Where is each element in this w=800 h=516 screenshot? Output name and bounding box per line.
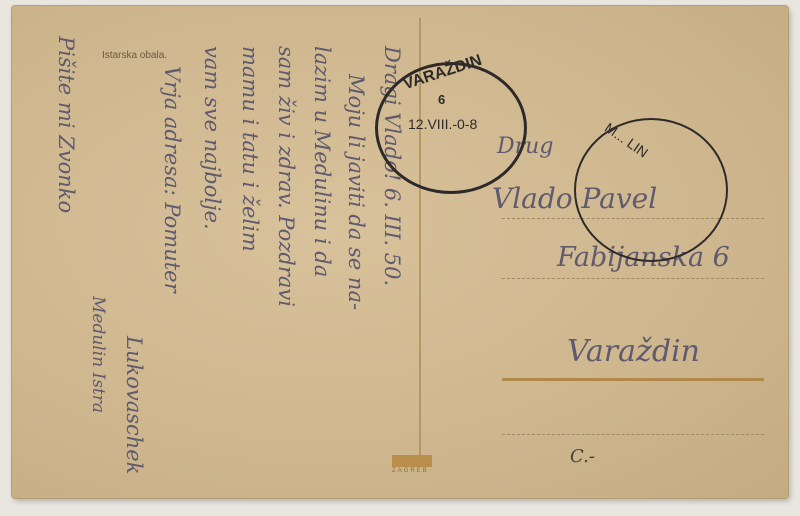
- postmark-medulin: [574, 118, 728, 262]
- address-rule-solid: [502, 378, 764, 381]
- message-line: Moju li javiti da se na-: [344, 74, 368, 310]
- message-line: lazim u Medulinu i da: [310, 46, 334, 277]
- postmark-date: 12.VIII.-0-8: [408, 116, 477, 132]
- address-rule: [502, 434, 764, 435]
- message-line: sam živ i zdrav. Pozdravi: [274, 46, 298, 307]
- address-line4: Varaždin: [567, 334, 700, 369]
- postcard: Istarska obala. Dragi Vlado! 6. III. 50.…: [12, 6, 788, 498]
- message-line: Pišite mi Zvonko: [54, 36, 78, 213]
- message-line: Lukovaschek: [122, 336, 146, 474]
- message-line: Medulin Istra: [88, 296, 108, 413]
- message-line: mamu i tatu i želim: [238, 46, 262, 252]
- postmark-sub: 6: [438, 92, 445, 107]
- address-rule: [502, 278, 764, 279]
- message-line: Vrja adresa: Pomuter: [160, 66, 184, 293]
- message-line: vam sve najbolje.: [200, 46, 224, 230]
- address-mark: C.-: [570, 446, 595, 467]
- publisher-logo: [392, 455, 432, 467]
- printed-caption: Istarska obala.: [102, 50, 167, 61]
- publisher-mark: ZAGREB: [392, 468, 429, 474]
